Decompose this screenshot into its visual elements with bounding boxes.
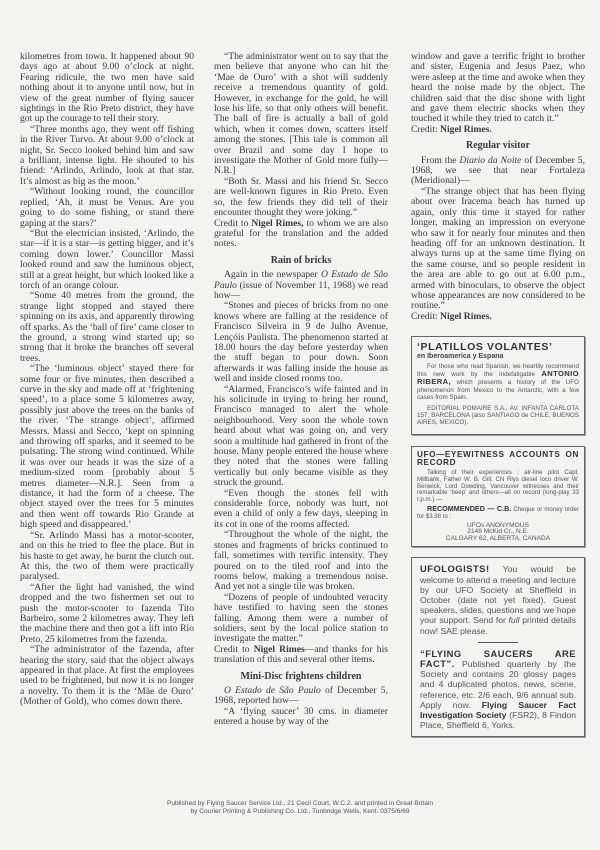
section-intro: Again in the newspaper O Estado de São P… — [214, 270, 388, 301]
section-intro: O Estado de São Paulo of December 5, 196… — [214, 686, 388, 707]
article-column-2: “The administrator went on to say that t… — [214, 52, 388, 728]
paragraph: window and gave a terrific fright to bro… — [411, 52, 585, 125]
ad-subtitle: en Iberoamerica y Espana — [417, 353, 579, 360]
section-heading: Regular visitor — [411, 141, 585, 151]
recommended-label: RECOMMENDED — C.B. — [427, 504, 511, 513]
paragraph: “After the light had vanished, the wind … — [20, 583, 194, 645]
paragraph: “Alarmed, Francisco’s wife fainted and i… — [214, 385, 388, 489]
publisher-footer: Published by Flying Saucer Service Ltd.,… — [0, 800, 600, 815]
paragraph: “The ‘luminous object’ stayed there for … — [20, 364, 194, 531]
divider — [478, 642, 518, 643]
paragraph: “Three months ago, they went off fishing… — [20, 125, 194, 187]
ad-ufologists-society: UFOLOGISTS! You would be welcome to atte… — [411, 557, 585, 737]
ad-body: For those who read Spanish, we heartily … — [417, 363, 579, 402]
paragraph: “Some 40 metres from the ground, the str… — [20, 291, 194, 364]
section-intro: From the Diario da Noite of December 5, … — [411, 156, 585, 187]
paragraph: “Even though the stones fell with consid… — [214, 489, 388, 531]
ad-magazine-notice: “FLYING SAUCERS ARE FACT”. Published qua… — [420, 649, 576, 731]
paragraph: “Without looking round, the councillor r… — [20, 187, 194, 229]
ad-title: ‘PLATILLOS VOLANTES’ — [417, 341, 579, 353]
paragraph: “Both Sr. Massi and his friend Sr. Secco… — [214, 177, 388, 219]
paragraph: “Dozens of people of undoubted veracity … — [214, 593, 388, 645]
ad-meeting-notice: UFOLOGISTS! You would be welcome to atte… — [420, 564, 576, 635]
credit-name: Nigel Rimes — [254, 644, 305, 655]
paragraph: “Throughout the whole of the night, the … — [214, 530, 388, 592]
article-column-1: kilometres from town. It happened about … — [20, 52, 194, 708]
credit-line: Credit: Nigel Rimes. — [411, 125, 585, 135]
paragraph: “Stones and pieces of bricks from no one… — [214, 301, 388, 384]
paragraph: “The administrator of the fazenda, after… — [20, 645, 194, 707]
ad-body: Talking of their experiences : air-line … — [417, 470, 579, 504]
paragraph: “But the electrician insisted, ‘Arlindo,… — [20, 229, 194, 291]
ad-publisher: EDITORIAL POMAIRE S.A., AV. INFANTA CARL… — [417, 405, 579, 427]
paragraph: “The administrator went on to say that t… — [214, 52, 388, 177]
credit-line: Credit to Nigel Rimes, to whom we are al… — [214, 219, 388, 250]
section-heading: Mini-Disc frightens children — [214, 672, 388, 682]
ad-platillos-volantes: ‘PLATILLOS VOLANTES’ en Iberoamerica y E… — [411, 336, 585, 435]
article-column-3: window and gave a terrific fright to bro… — [411, 52, 585, 737]
paragraph: “The strange object that has been flying… — [411, 187, 585, 312]
section-heading: Rain of bricks — [214, 256, 388, 266]
ad-title: UFO—EYEWITNESS ACCOUNTS ON RECORD — [417, 451, 579, 468]
credit-name: Nigel Rimes, — [251, 218, 303, 229]
newspaper-title: Diario da Noite — [459, 155, 521, 166]
ad-lead: UFOLOGISTS! — [420, 563, 490, 574]
paragraph: kilometres from town. It happened about … — [20, 52, 194, 125]
ad-eyewitness-accounts: UFO—EYEWITNESS ACCOUNTS ON RECORD Talkin… — [411, 446, 585, 548]
credit-name: Nigel Rimes. — [440, 311, 492, 322]
ad-order: RECOMMENDED — C.B. Cheque or money order… — [417, 506, 579, 521]
credit-name: Nigel Rimes. — [440, 124, 492, 135]
paragraph: “A ‘flying saucer’ 30 cms. in diameter e… — [214, 707, 388, 728]
credit-line: Credit: Nigel Rimes. — [411, 312, 585, 322]
credit-line: Credit to Nigel Rimes—and thanks for his… — [214, 645, 388, 666]
paragraph: “Sr. Arlindo Massi has a motor-scooter, … — [20, 531, 194, 583]
newspaper-title: O Estado de São Paulo — [224, 685, 321, 696]
ad-address: UFOs ANONYMOUS 2148 McKid Cr., N.E. CALG… — [417, 523, 579, 543]
